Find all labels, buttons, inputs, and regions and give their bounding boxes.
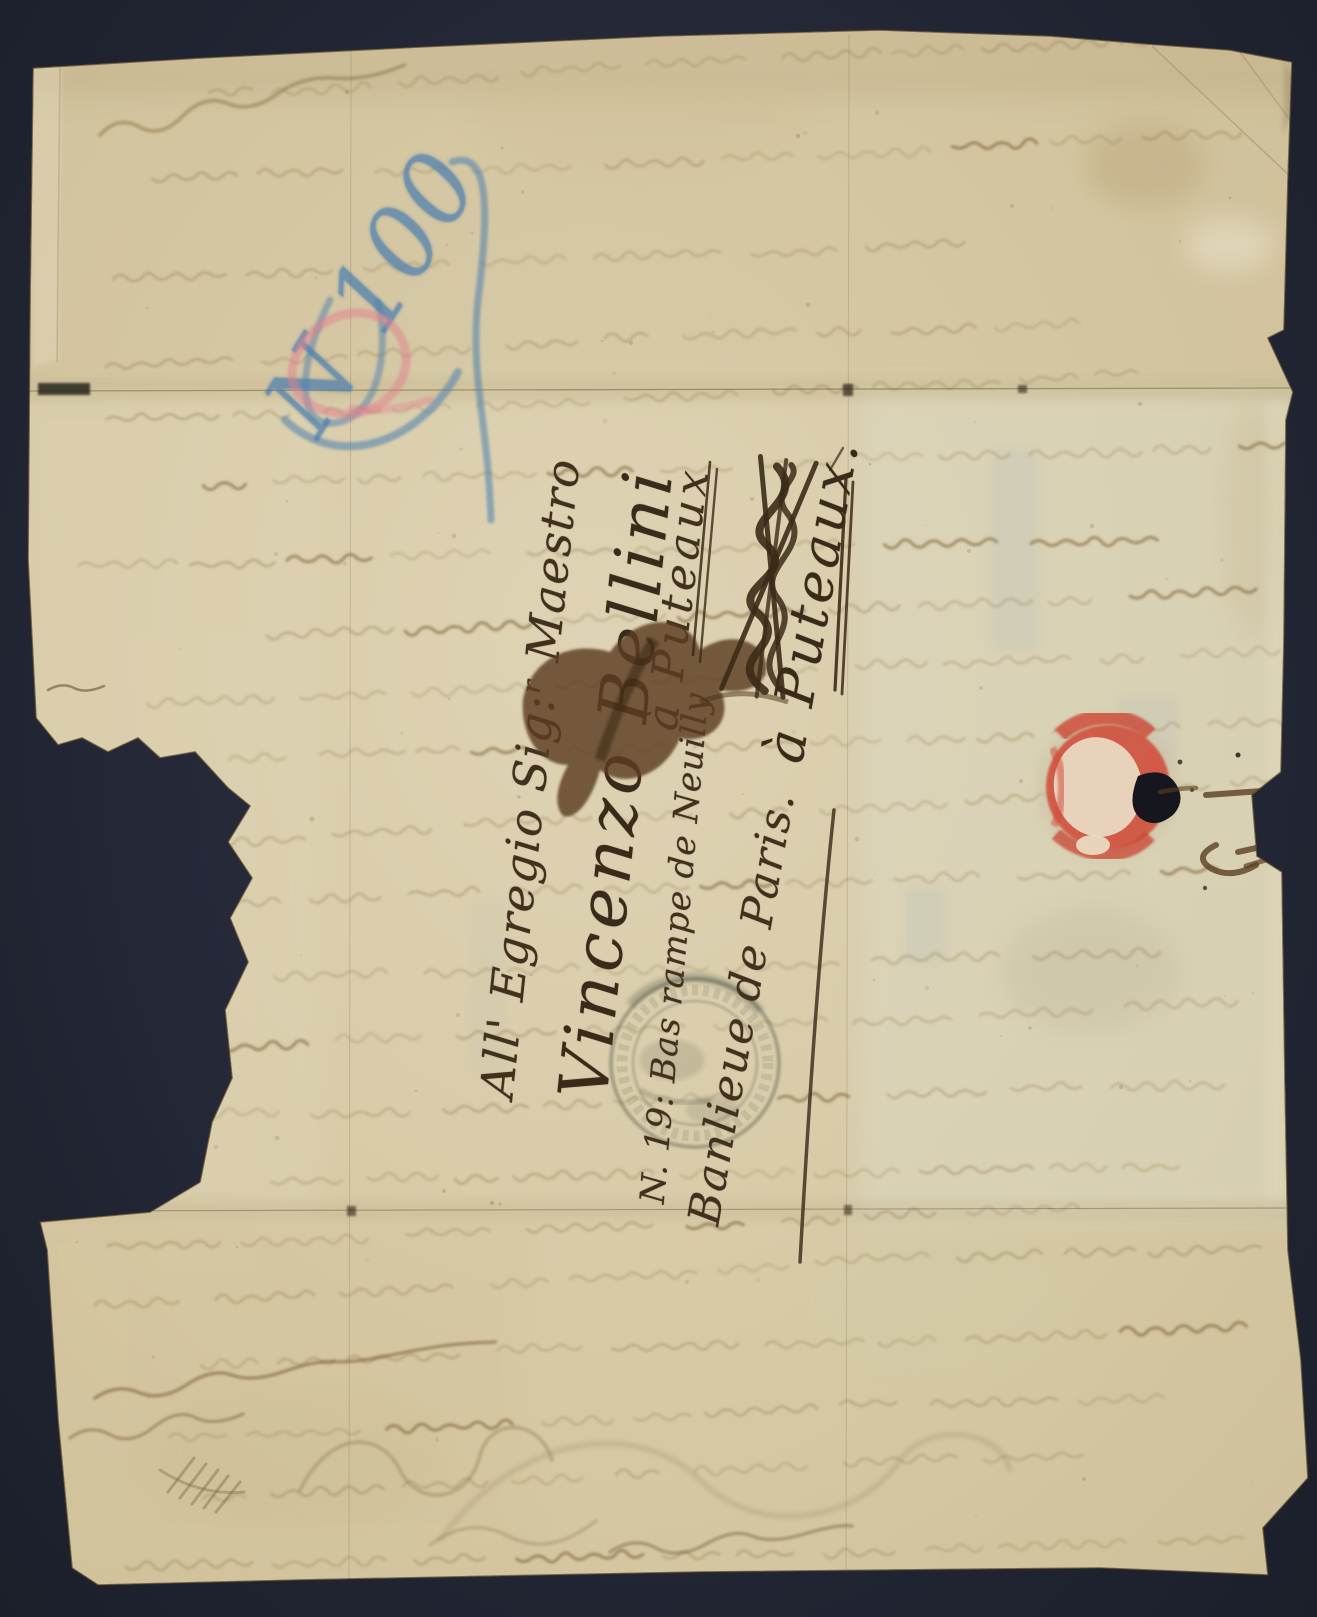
blue-crayon-swash: [285, 160, 491, 520]
destination-underline: [830, 448, 853, 694]
letter-scan: { "address": { "honorific": "All' Egregi…: [0, 0, 1317, 1617]
strike-flourish: [693, 462, 717, 662]
region-underline: [800, 810, 834, 1262]
torn-hole: [40, 738, 252, 1220]
blue-crayon-tail: [452, 160, 491, 520]
red-crayon-mark: [292, 313, 430, 414]
ink-blot: [523, 622, 788, 816]
